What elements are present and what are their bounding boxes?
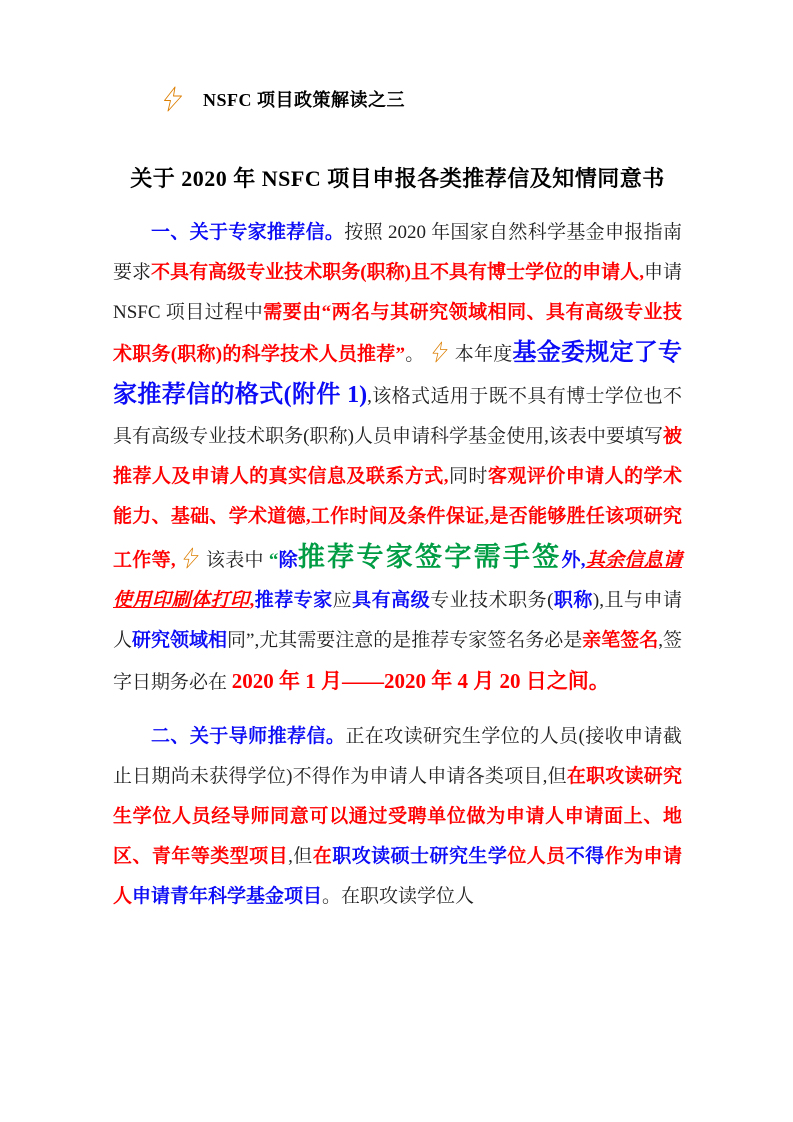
text-run: 推荐专家签字需手签	[298, 542, 562, 572]
text-run: 除	[278, 550, 298, 571]
document-header-label: NSFC 项目政策解读之三	[203, 86, 405, 112]
text-run: 亲笔签名	[582, 630, 658, 651]
text-run: 研究领域相	[132, 630, 227, 651]
paragraph-supervisor-recommendation-letter: 二、关于导师推荐信。正在攻读研究生学位的人员(接收申请截止日期尚未获得学位)不得…	[113, 717, 682, 917]
lightning-icon	[430, 341, 450, 363]
text-run: 。在职攻读学位人	[322, 886, 474, 907]
text-run: 外,	[561, 550, 585, 571]
paragraph-expert-recommendation-letter: 一、关于专家推荐信。按照 2020 年国家自然科学基金申报指南要求不具有高级专业…	[113, 213, 682, 703]
text-run: 本年度	[455, 344, 513, 365]
lightning-icon	[161, 86, 185, 112]
text-run: 。	[405, 344, 425, 365]
text-run: 具有高级	[352, 590, 430, 611]
text-run: 不得	[566, 846, 605, 867]
text-run: 一、关于专家推荐信。	[151, 222, 344, 243]
text-run: 专业技术职务(	[430, 590, 553, 611]
text-run: 推荐专家	[254, 590, 332, 611]
document-header: NSFC 项目政策解读之三	[161, 86, 682, 112]
text-run: 在	[313, 846, 332, 867]
text-run: 应	[333, 590, 353, 611]
text-run: 职攻读硕士研究生学	[332, 846, 507, 867]
text-run: 申请青年科学基金项目	[132, 886, 322, 907]
text-run: 2020 年 1 月——2020 年 4 月 20 日之间。	[232, 669, 610, 693]
text-run: ,但	[288, 846, 313, 867]
text-run: 同时	[449, 466, 488, 487]
document-body: 一、关于专家推荐信。按照 2020 年国家自然科学基金申报指南要求不具有高级专业…	[113, 213, 682, 917]
lightning-icon	[181, 547, 201, 569]
text-run: 不具有高级专业技术职务(职称)且不具有博士学位的申请人,	[151, 262, 644, 283]
text-run: 职称	[553, 590, 592, 611]
text-run: “	[269, 550, 279, 571]
text-run: 二、关于导师推荐信。	[151, 726, 345, 747]
text-run: 同”,尤其需要注意的是推荐专家签名务必是	[227, 630, 582, 651]
text-run: 该表中	[206, 550, 269, 571]
document-page: NSFC 项目政策解读之三 关于 2020 年 NSFC 项目申报各类推荐信及知…	[0, 0, 793, 1122]
document-title: 关于 2020 年 NSFC 项目申报各类推荐信及知情同意书	[113, 162, 682, 193]
text-run: 位人员	[507, 846, 565, 867]
